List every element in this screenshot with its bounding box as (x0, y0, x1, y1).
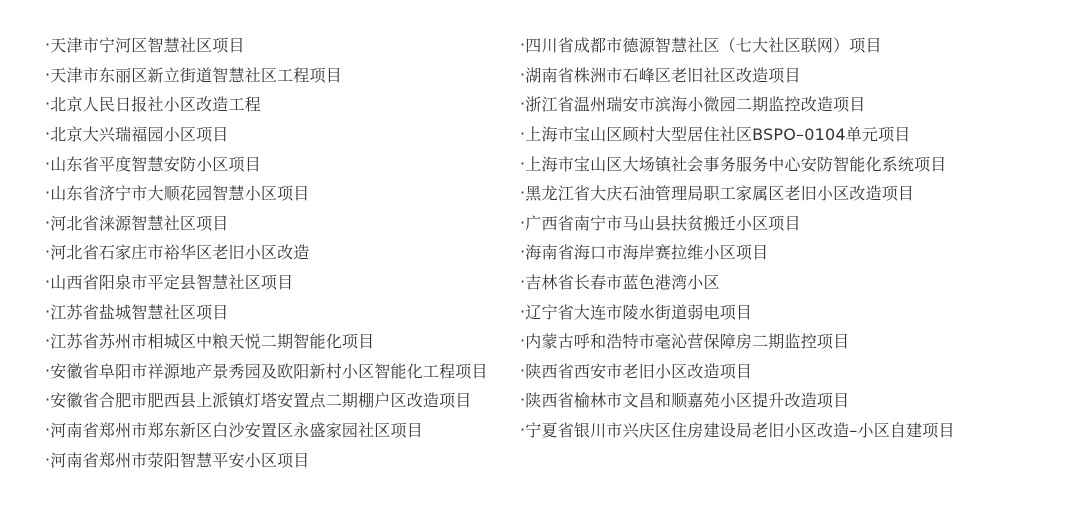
project-name: 上海市宝山区大场镇社会事务服务中心安防智能化系统项目 (525, 152, 946, 175)
project-list-item: ·上海市宝山区大场镇社会事务服务中心安防智能化系统项目 (520, 148, 1080, 178)
project-name: 北京人民日报社小区改造工程 (50, 92, 261, 115)
project-list-item: ·内蒙古呼和浩特市毫沁营保障房二期监控项目 (520, 326, 1080, 356)
project-name: 河南省郑州市郑东新区白沙安置区永盛家园社区项目 (50, 418, 423, 441)
project-list-item: ·江苏省苏州市相城区中粮天悦二期智能化项目 (45, 326, 520, 356)
project-name: 陕西省榆林市文昌和顺嘉苑小区提升改造项目 (525, 388, 849, 411)
project-column-right: ·四川省成都市德源智慧社区（七大社区联网）项目 ·湖南省株洲市石峰区老旧社区改造… (520, 30, 1080, 474)
project-list-item: ·山西省阳泉市平定县智慧社区项目 (45, 267, 520, 297)
project-list-item: ·上海市宝山区顾村大型居住社区BSPO–0104单元项目 (520, 119, 1080, 149)
project-name: 辽宁省大连市陵水街道弱电项目 (525, 300, 752, 323)
project-list-item: ·安徽省阜阳市祥源地产景秀园及欧阳新村小区智能化工程项目 (45, 356, 520, 386)
project-list-item: ·河北省石家庄市裕华区老旧小区改造 (45, 237, 520, 267)
project-name: 河北省石家庄市裕华区老旧小区改造 (50, 240, 309, 263)
project-list-item: ·山东省平度智慧安防小区项目 (45, 148, 520, 178)
project-name: 吉林省长春市蓝色港湾小区 (525, 270, 719, 293)
project-list-item: ·海南省海口市海岸赛拉维小区项目 (520, 237, 1080, 267)
project-list-item: ·湖南省株洲市石峰区老旧社区改造项目 (520, 60, 1080, 90)
project-name: 内蒙古呼和浩特市毫沁营保障房二期监控项目 (525, 329, 849, 352)
project-list-item: ·广西省南宁市马山县扶贫搬迁小区项目 (520, 208, 1080, 238)
project-list-item: ·浙江省温州瑞安市滨海小微园二期监控改造项目 (520, 89, 1080, 119)
project-list-item: ·陕西省榆林市文昌和顺嘉苑小区提升改造项目 (520, 385, 1080, 415)
project-list-item: ·安徽省合肥市肥西县上派镇灯塔安置点二期棚户区改造项目 (45, 385, 520, 415)
project-name: 天津市东丽区新立街道智慧社区工程项目 (50, 63, 342, 86)
project-list-item: ·吉林省长春市蓝色港湾小区 (520, 267, 1080, 297)
project-name: 安徽省合肥市肥西县上派镇灯塔安置点二期棚户区改造项目 (50, 388, 471, 411)
project-name: 湖南省株洲市石峰区老旧社区改造项目 (525, 63, 800, 86)
project-name: 宁夏省银川市兴庆区住房建设局老旧小区改造–小区自建项目 (525, 418, 954, 441)
project-name: 上海市宝山区顾村大型居住社区BSPO–0104单元项目 (525, 122, 910, 145)
project-name: 天津市宁河区智慧社区项目 (50, 33, 244, 56)
project-list: ·天津市宁河区智慧社区项目 ·天津市东丽区新立街道智慧社区工程项目 ·北京人民日… (0, 0, 1080, 474)
project-list-item: ·宁夏省银川市兴庆区住房建设局老旧小区改造–小区自建项目 (520, 415, 1080, 445)
project-list-item: ·河南省郑州市郑东新区白沙安置区永盛家园社区项目 (45, 415, 520, 445)
project-name: 山东省济宁市大顺花园智慧小区项目 (50, 181, 309, 204)
project-name: 河北省涞源智慧社区项目 (50, 211, 228, 234)
project-list-item: ·河南省郑州市荥阳智慧平安小区项目 (45, 444, 520, 474)
project-name: 山东省平度智慧安防小区项目 (50, 152, 261, 175)
project-list-item: ·山东省济宁市大顺花园智慧小区项目 (45, 178, 520, 208)
project-list-item: ·辽宁省大连市陵水街道弱电项目 (520, 296, 1080, 326)
project-name: 四川省成都市德源智慧社区（七大社区联网）项目 (525, 33, 881, 56)
project-name: 广西省南宁市马山县扶贫搬迁小区项目 (525, 211, 800, 234)
project-name: 河南省郑州市荥阳智慧平安小区项目 (50, 448, 309, 471)
project-name: 黑龙江省大庆石油管理局职工家属区老旧小区改造项目 (525, 181, 914, 204)
project-list-item: ·天津市宁河区智慧社区项目 (45, 30, 520, 60)
project-column-left: ·天津市宁河区智慧社区项目 ·天津市东丽区新立街道智慧社区工程项目 ·北京人民日… (45, 30, 520, 474)
project-list-item: ·陕西省西安市老旧小区改造项目 (520, 356, 1080, 386)
project-list-item: ·河北省涞源智慧社区项目 (45, 208, 520, 238)
project-list-item: ·北京大兴瑞福园小区项目 (45, 119, 520, 149)
project-name: 海南省海口市海岸赛拉维小区项目 (525, 240, 768, 263)
project-list-item: ·黑龙江省大庆石油管理局职工家属区老旧小区改造项目 (520, 178, 1080, 208)
project-name: 北京大兴瑞福园小区项目 (50, 122, 228, 145)
project-name: 山西省阳泉市平定县智慧社区项目 (50, 270, 293, 293)
project-name: 江苏省苏州市相城区中粮天悦二期智能化项目 (50, 329, 374, 352)
project-list-item: ·四川省成都市德源智慧社区（七大社区联网）项目 (520, 30, 1080, 60)
project-list-item: ·北京人民日报社小区改造工程 (45, 89, 520, 119)
project-list-item: ·天津市东丽区新立街道智慧社区工程项目 (45, 60, 520, 90)
project-name: 陕西省西安市老旧小区改造项目 (525, 359, 752, 382)
project-name: 安徽省阜阳市祥源地产景秀园及欧阳新村小区智能化工程项目 (50, 359, 487, 382)
project-name: 江苏省盐城智慧社区项目 (50, 300, 228, 323)
project-list-item: ·江苏省盐城智慧社区项目 (45, 296, 520, 326)
project-name: 浙江省温州瑞安市滨海小微园二期监控改造项目 (525, 92, 865, 115)
